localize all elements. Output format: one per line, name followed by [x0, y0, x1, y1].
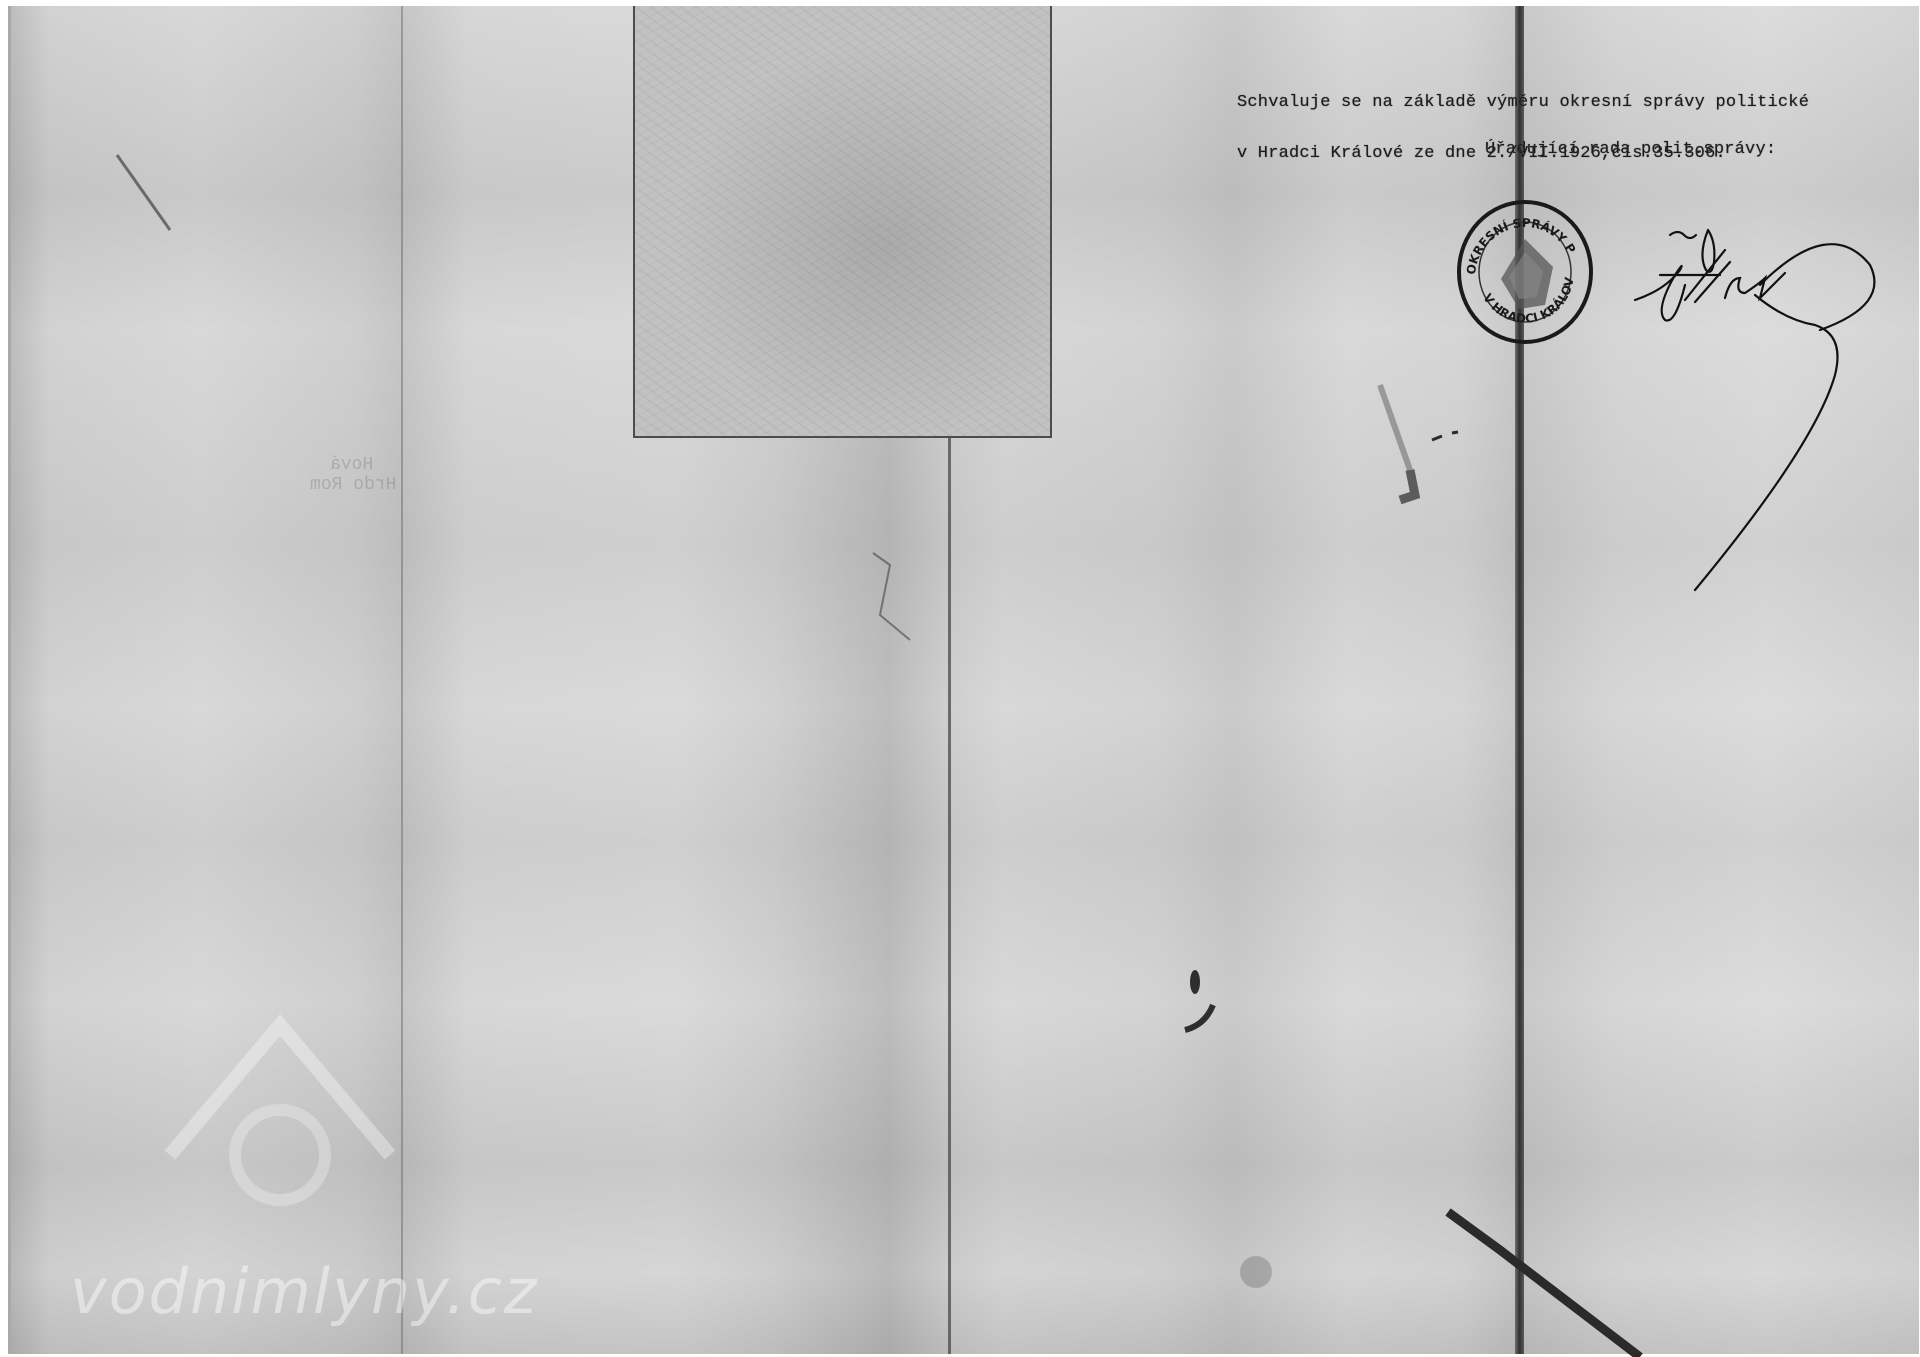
watermark-text: vodnimlyny.cz — [70, 1255, 538, 1328]
pasted-paper-slip — [633, 6, 1052, 438]
handwritten-signature-icon — [1630, 205, 1900, 600]
official-round-seal-icon: OKRESNÍ SPRÁVY POLITICKÉ V HRADCI KRÁLOV… — [1453, 197, 1593, 347]
office-signature-line: Úřadující rada polit.správy: — [1485, 141, 1776, 158]
house-logo-icon — [150, 1005, 410, 1265]
bleed-through-text: Hová — [330, 455, 373, 475]
approval-line: Schvaluje se na základě výměru okresní s… — [1237, 94, 1809, 111]
bleed-through-text: Hrdo Rom — [310, 475, 396, 495]
approval-note: Schvaluje se na základě výměru okresní s… — [1237, 60, 1809, 179]
